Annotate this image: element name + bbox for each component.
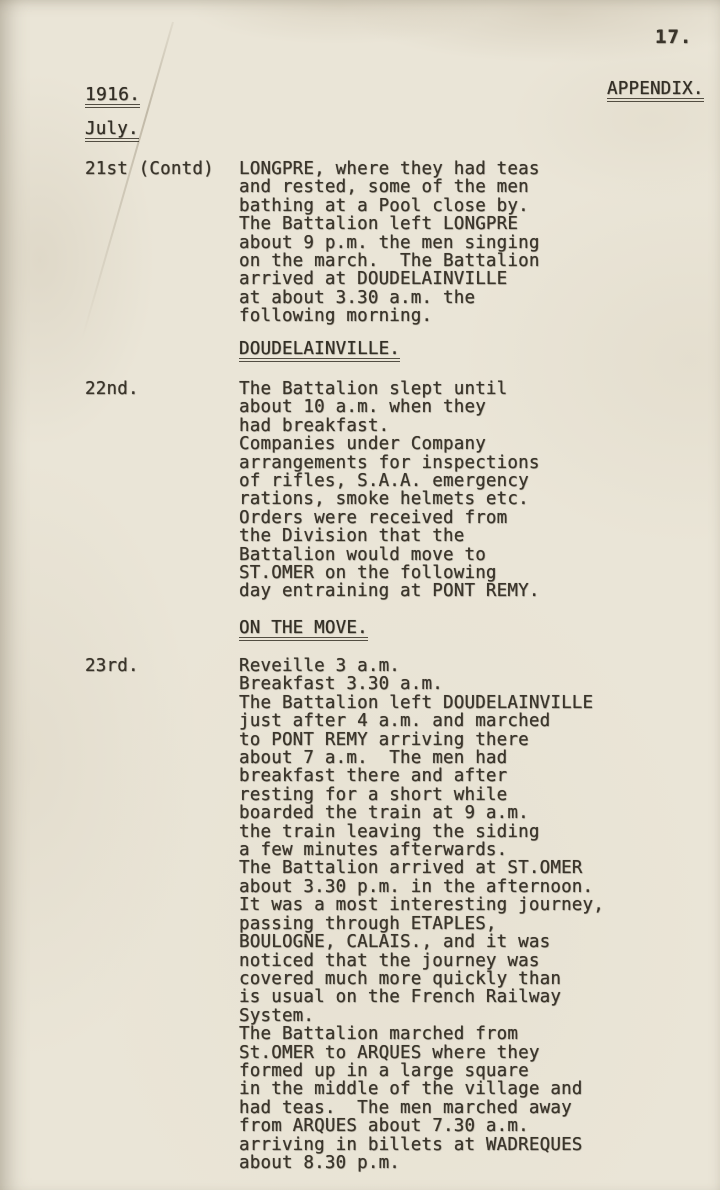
entry-body: The Battalion slept until about 10 a.m. … xyxy=(239,380,540,601)
appendix-heading: APPENDIX. xyxy=(607,80,704,102)
entry-body: Reveille 3 a.m. Breakfast 3.30 a.m. The … xyxy=(239,657,604,1172)
section-heading-text: DOUDELAINVILLE. xyxy=(239,340,400,362)
entry-body: LONGPRE, where they had teas and rested,… xyxy=(239,160,540,326)
entry-date: 23rd. xyxy=(85,657,239,1172)
entry-date: 21st (Contd) xyxy=(85,160,239,326)
entry-date: 22nd. xyxy=(85,380,239,601)
diary-entry-21st: 21st (Contd) LONGPRE, where they had tea… xyxy=(85,160,540,326)
page-number: 17. xyxy=(655,28,692,46)
section-heading-on-the-move: ON THE MOVE. xyxy=(239,619,368,641)
section-heading-text: ON THE MOVE. xyxy=(239,619,368,641)
year-heading: 1916. xyxy=(85,86,140,108)
diary-entry-23rd: 23rd. Reveille 3 a.m. Breakfast 3.30 a.m… xyxy=(85,657,604,1172)
month-heading-text: July. xyxy=(85,120,139,142)
appendix-heading-text: APPENDIX. xyxy=(607,80,704,102)
year-heading-text: 1916. xyxy=(85,86,140,108)
month-heading: July. xyxy=(85,120,139,142)
document-page: 17. 1916. APPENDIX. July. 21st (Contd) L… xyxy=(0,0,720,1190)
section-heading-doudelainville: DOUDELAINVILLE. xyxy=(239,340,400,362)
diary-entry-22nd: 22nd. The Battalion slept until about 10… xyxy=(85,380,540,601)
